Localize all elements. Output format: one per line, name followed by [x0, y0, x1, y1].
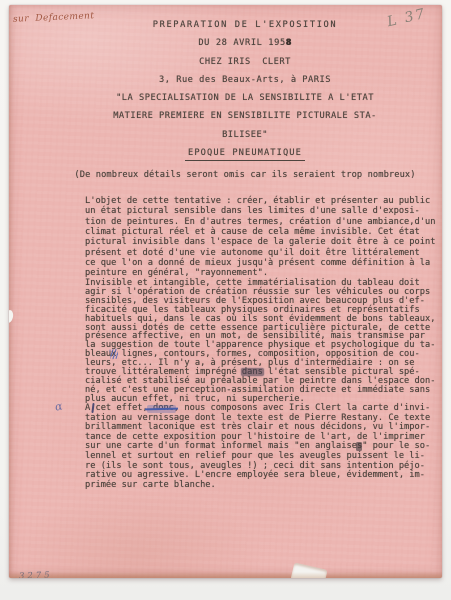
paper-bottom-edge-tint: [9, 572, 442, 578]
paragraph-3: A cet effet, donc, nous composons avec I…: [85, 404, 442, 490]
doc-date-prefix: DU 28 AVRIL 195: [198, 38, 285, 48]
doc-exhibition-title-2: MATIERE PREMIERE EN SENSIBILITE PICTURAL…: [113, 112, 377, 121]
doc-subtitle-epoque-pneumatique: EPOQUE PNEUMATIQUE: [185, 149, 305, 161]
document-header: PREPARATION DE L'EXPOSITION DU 28 AVRIL …: [45, 21, 442, 189]
handwritten-margin-alpha-mark: α: [54, 399, 64, 413]
paragraph-1: L'objet de cette tentative : créer, étab…: [85, 196, 442, 279]
doc-parenthetical-note: (De nombreux détails seront omis car ils…: [74, 171, 415, 180]
doc-exhibition-title-3: BILISEE": [222, 131, 268, 140]
doc-title: PREPARATION DE L'EXPOSITION: [153, 21, 337, 30]
doc-address: 3, Rue des Beaux-Arts, à PARIS: [159, 76, 331, 85]
doc-date: DU 28 AVRIL 1958: [198, 39, 291, 48]
paper-sheet: sur Defacement L 37 PREPARATION DE L'EXP…: [9, 5, 442, 578]
paper-edge-nick: [9, 309, 14, 323]
doc-exhibition-title-1: "LA SPECIALISATION DE LA SENSIBILITE A L…: [116, 94, 374, 103]
doc-gallery-name: CHEZ IRIS CLERT: [199, 58, 291, 67]
paragraph-2: Invisible et intangible, cette immatéria…: [85, 279, 442, 404]
scan-background: sur Defacement L 37 PREPARATION DE L'EXP…: [0, 0, 451, 600]
doc-date-overstruck-digit: 8: [286, 38, 292, 48]
